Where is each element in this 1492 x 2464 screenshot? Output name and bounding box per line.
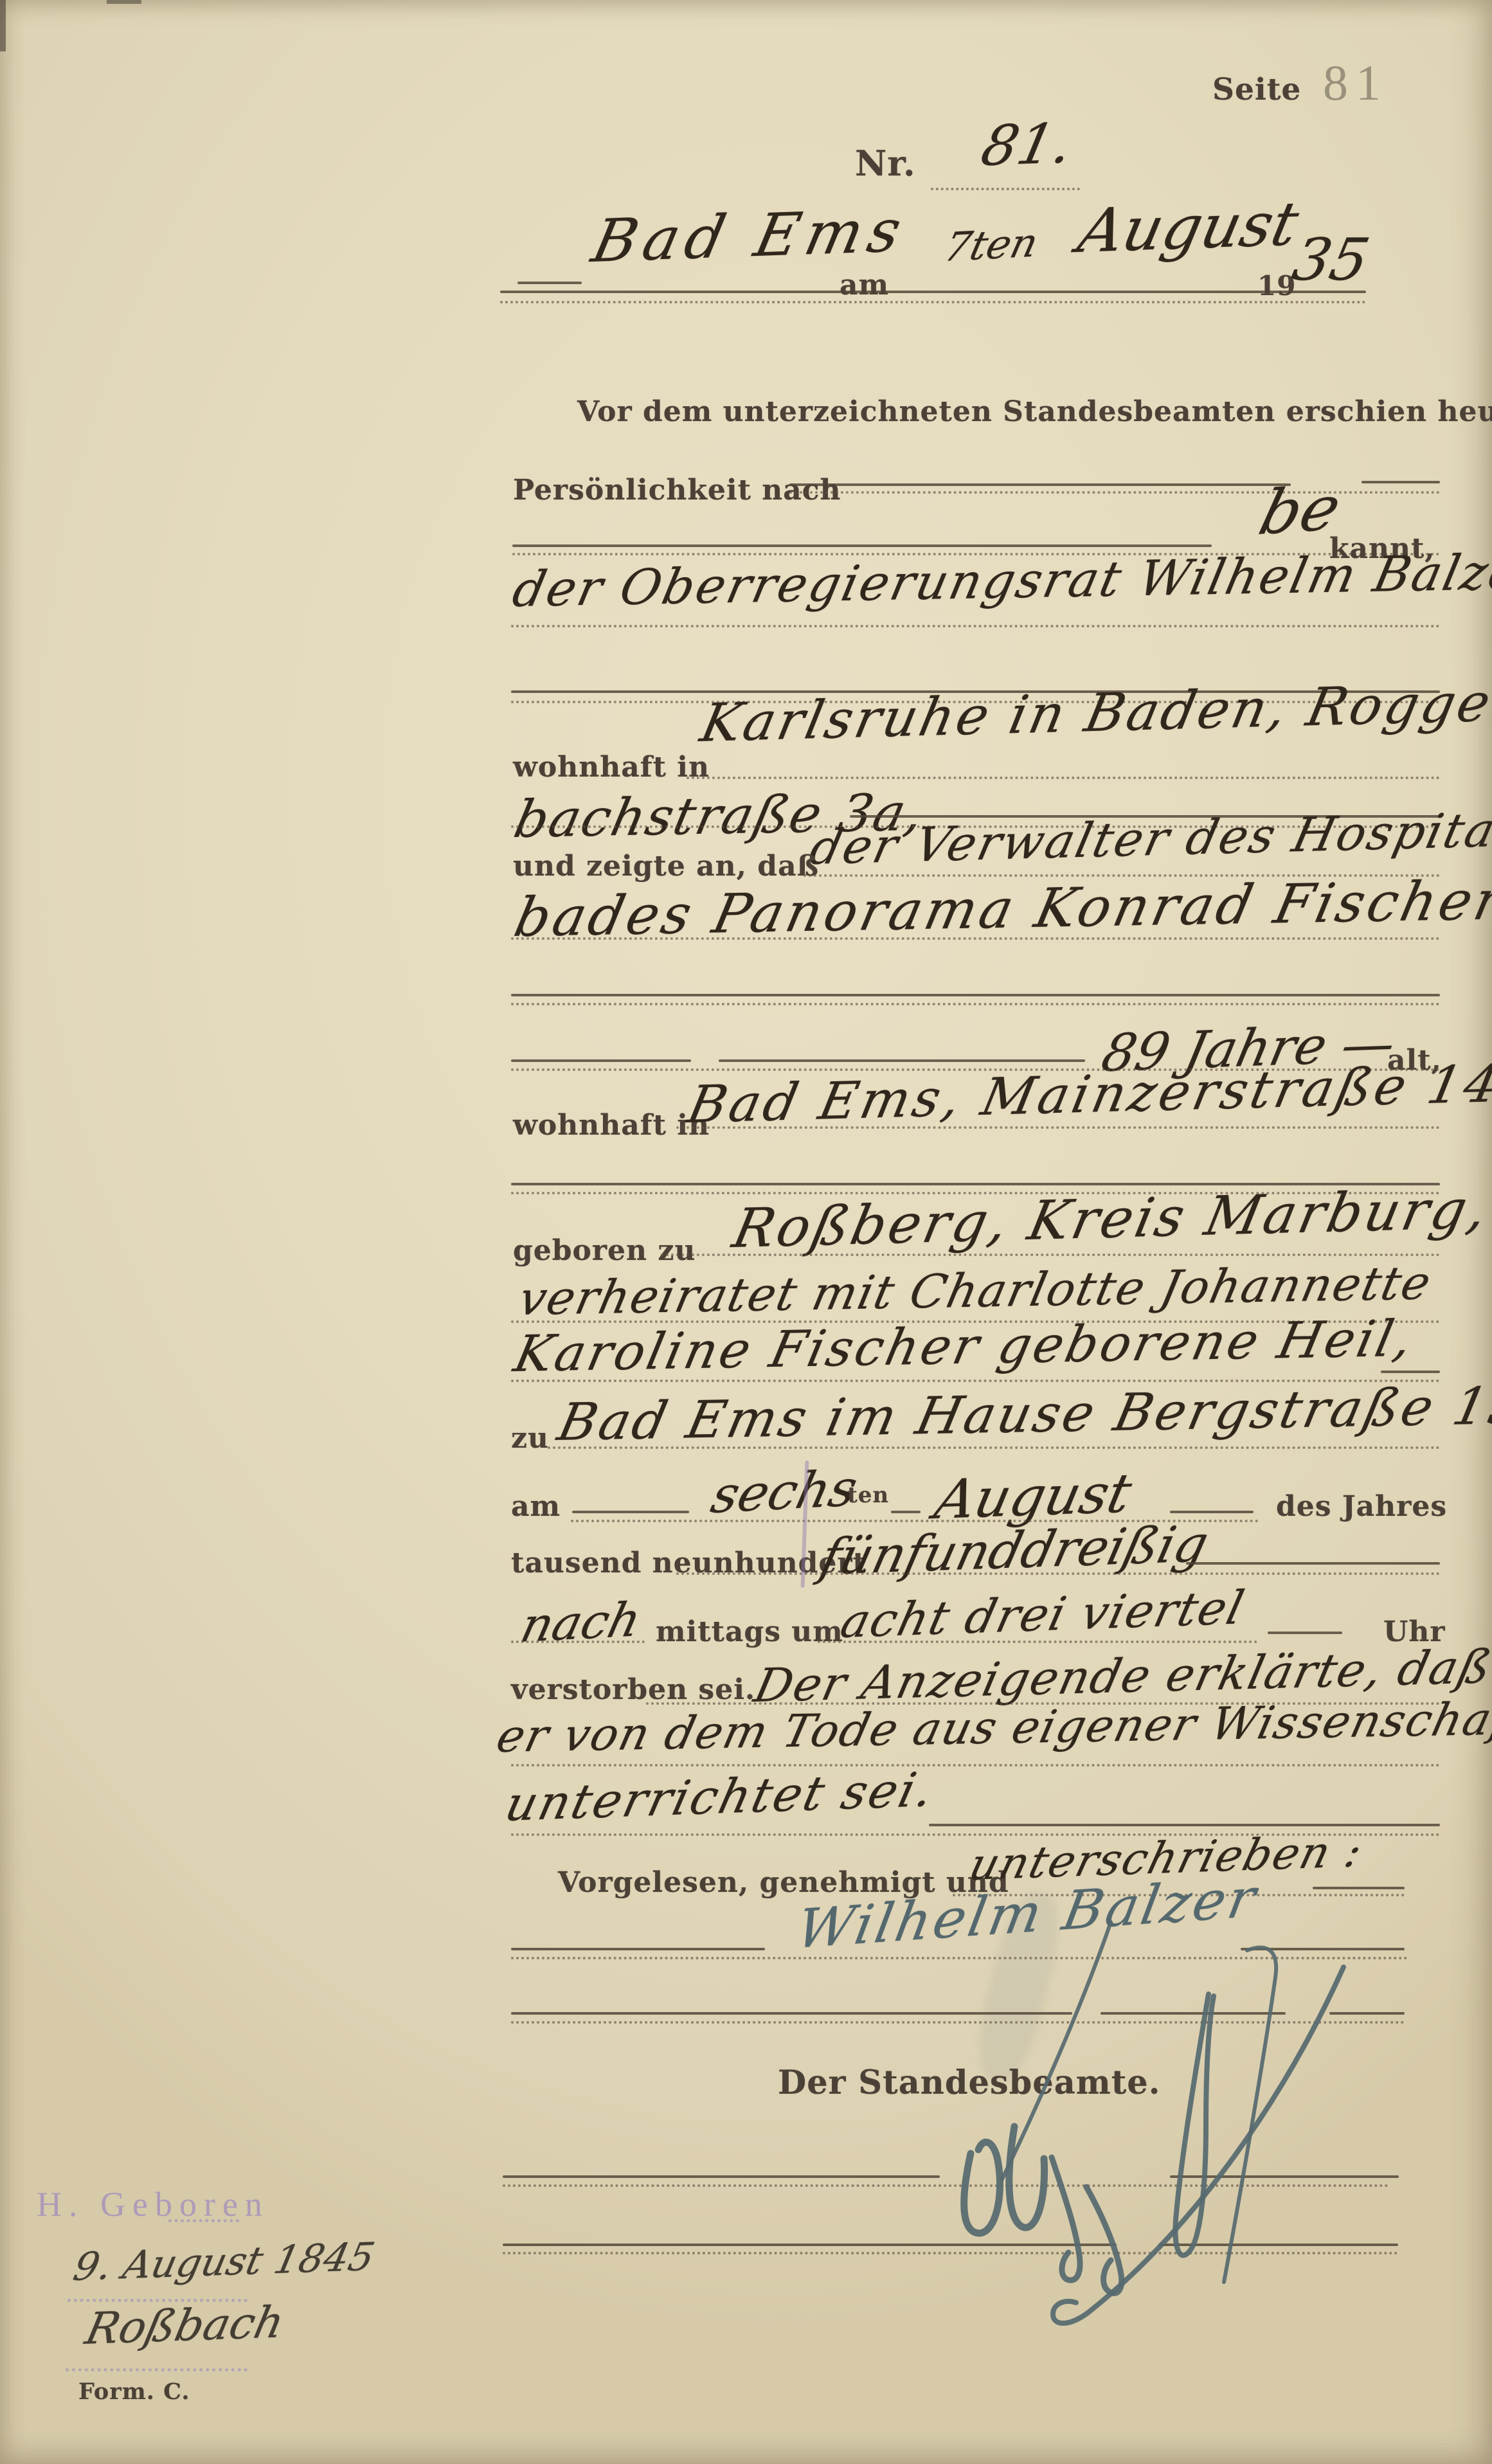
form-rule-dotted: [676, 1126, 1440, 1129]
scanned-death-record-page: Seite 81 Nr. 81. Bad Ems am 7ten August …: [0, 0, 1492, 2464]
form-rule: [511, 1948, 765, 1950]
geboren-stamp: H. Geboren: [37, 2184, 269, 2224]
dateline-month-handwritten: August: [1072, 189, 1304, 267]
stamp-dotted-line: [168, 2219, 239, 2222]
ten-label: ten: [847, 1482, 889, 1508]
rule-dotted: [931, 188, 1080, 190]
form-rule: [719, 1059, 1085, 1062]
wohnhaft-label-1: wohnhaft in: [513, 751, 710, 784]
top-edge-mark: [107, 0, 141, 4]
form-rule: [512, 544, 1212, 547]
des-jahres-label: des Jahres: [1276, 1490, 1447, 1523]
form-rule: [503, 2175, 940, 2178]
birth-place-handwritten: Roßbach: [81, 2297, 289, 2355]
persoenlichkeit-label: Persönlichkeit nach: [513, 474, 841, 507]
death-year-handwritten: fünfunddreißig: [815, 1515, 1214, 1587]
fill-line: [1268, 1632, 1342, 1634]
form-rule: [1362, 481, 1440, 483]
zu-label: zu: [511, 1422, 549, 1455]
fill-line: [1313, 1887, 1405, 1889]
form-rule: [789, 483, 1291, 486]
wohnhaft-label-2: wohnhaft in: [513, 1109, 710, 1142]
fill-line: [572, 1511, 689, 1513]
statement-line3: unterrichtet sei.: [500, 1762, 940, 1832]
residence-karlsruhe-line1: Karlsruhe in Baden, Roggen-: [696, 671, 1492, 754]
am-label-2: am: [511, 1490, 561, 1523]
death-day-handwritten: sechs: [706, 1460, 863, 1525]
form-rule-dotted: [511, 937, 1440, 940]
form-rule-dotted: [818, 1641, 1257, 1643]
form-rule-dotted: [511, 1764, 1440, 1767]
dateline-am-label: am: [840, 269, 889, 301]
dateline-place-handwritten: Bad Ems: [586, 196, 913, 276]
form-rule: [511, 1059, 691, 1062]
geboren-zu-label: geboren zu: [513, 1234, 696, 1267]
zeigte-an-label: und zeigte an, daß: [513, 850, 819, 883]
form-rule: [500, 291, 1366, 293]
binding-edge-mark: [0, 0, 6, 51]
intro-line: Vor dem unterzeichneten Standesbeamten e…: [577, 395, 1492, 428]
birthplace-handwritten: Roßberg, Kreis Marburg,: [728, 1177, 1492, 1260]
form-rule: [511, 994, 1440, 996]
death-place-handwritten: Bad Ems im Hause Bergstraße 15,: [553, 1375, 1492, 1452]
fill-line: [517, 282, 582, 284]
registrar-signature-flourish: [926, 1941, 1376, 2353]
page-number-pencil: 81: [1323, 54, 1389, 112]
nr-value-handwritten: 81.: [976, 111, 1078, 179]
fill-line: [1381, 1371, 1440, 1373]
nach-handwritten: nach: [516, 1592, 646, 1653]
mittags-um-label: mittags um: [656, 1615, 843, 1648]
form-rule-dotted: [687, 777, 1440, 779]
seite-label: Seite: [1212, 72, 1301, 107]
dateline-day-handwritten: 7ten: [940, 219, 1043, 271]
fill-line: [1170, 1511, 1254, 1513]
form-rule-dotted: [500, 301, 1366, 303]
residence-deceased-handwritten: Bad Ems, Mainzerstraße 14,: [683, 1053, 1492, 1135]
dateline-year-handwritten: 35: [1287, 226, 1375, 294]
form-rule-dotted: [511, 625, 1440, 627]
form-rule-dotted: [511, 1003, 1440, 1005]
birth-date-handwritten: 9. August 1845: [69, 2235, 379, 2290]
form-rule-dotted: [661, 1254, 1440, 1256]
death-time-handwritten: acht drei viertel: [836, 1580, 1250, 1648]
fill-line: [891, 1511, 921, 1513]
form-rule-dotted: [511, 1641, 645, 1643]
nr-label: Nr.: [855, 143, 916, 184]
stamp-dotted-line: [66, 2368, 247, 2371]
form-rule-dotted: [676, 1572, 1440, 1575]
form-rule-dotted: [548, 1446, 1440, 1449]
form-type-label: Form. C.: [78, 2379, 190, 2405]
fill-line: [1186, 1562, 1440, 1565]
verstorben-label: verstorben sei.: [511, 1673, 755, 1706]
